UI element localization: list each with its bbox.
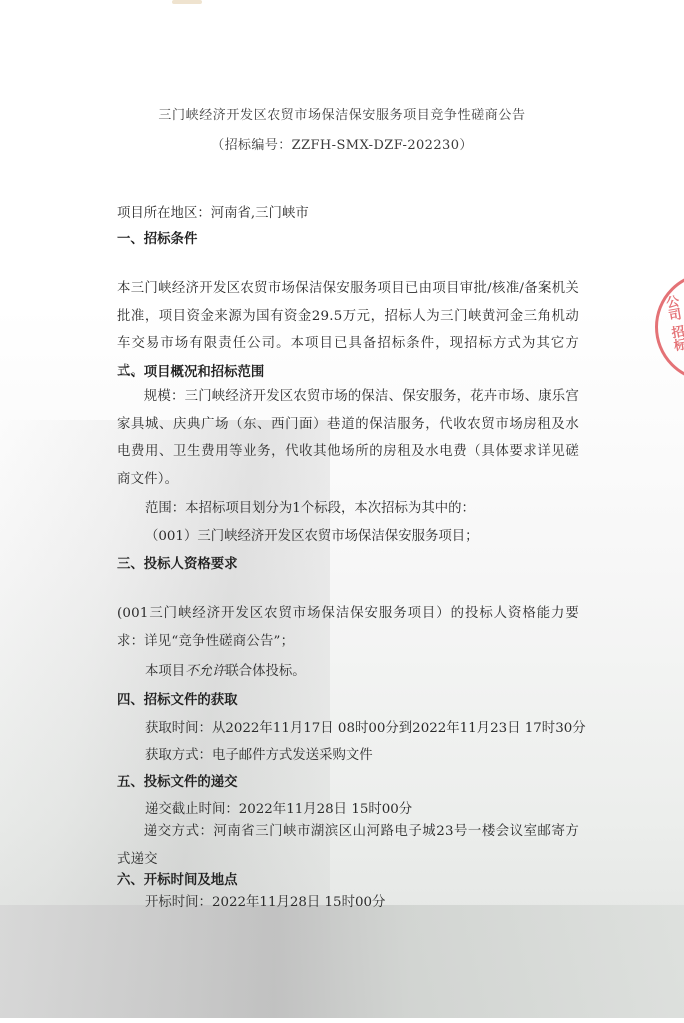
section-2-scope: 范围：本招标项目划分为1个标段，本次招标为其中的： [145,497,475,516]
section-heading-6: 六、开标时间及地点 [117,869,238,888]
section-heading-4: 四、招标文件的获取 [117,689,238,708]
tender-number: （招标编号：ZZFH-SMX-DZF-202230） [0,134,684,153]
section-3-requirement: (001三门峡经济开发区农贸市场保洁保安服务项目）的投标人资格能力要求：详见“竞… [117,600,579,655]
consortium-suffix: 联合体投标。 [225,664,305,679]
section-heading-3: 三、投标人资格要求 [117,553,238,572]
section-5-deadline: 递交截止时间：2022年11月28日 15时00分 [145,798,412,817]
section-2-lot: （001）三门峡经济开发区农贸市场保洁保安服务项目； [145,525,479,544]
consortium-not-allowed: 不允许 [185,664,225,679]
paper-edge [0,1018,684,1023]
top-smudge [172,0,202,4]
section-5-method: 递交方式：河南省三门峡市湖滨区山河路电子城23号一楼会议室邮寄方式递交 [117,818,579,873]
section-heading-5: 五、投标文件的递交 [117,771,238,790]
section-heading-1: 一、招标条件 [117,228,197,247]
stamp-text: 公司 招标 [661,294,684,353]
section-4-time: 获取时间：从2022年11月17日 08时00分到2022年11月23日 17时… [145,717,586,736]
section-3-consortium: 本项目不允许联合体投标。 [145,660,306,679]
project-region: 项目所在地区：河南省,三门峡市 [117,202,309,221]
section-heading-2: 二、项目概况和招标范围 [117,361,264,380]
paper-bottom-shadow [0,905,684,1023]
consortium-prefix: 本项目 [145,664,185,679]
section-2-scale: 规模：三门峡经济开发区农贸市场的保洁、保安服务，花卉市场、康乐宫家具城、庆典广场… [117,383,579,493]
section-6-opening-time: 开标时间：2022年11月28日 15时00分 [145,891,385,910]
document-title: 三门峡经济开发区农贸市场保洁保安服务项目竞争性磋商公告 [0,104,684,123]
section-4-method: 获取方式：电子邮件方式发送采购文件 [145,744,373,763]
